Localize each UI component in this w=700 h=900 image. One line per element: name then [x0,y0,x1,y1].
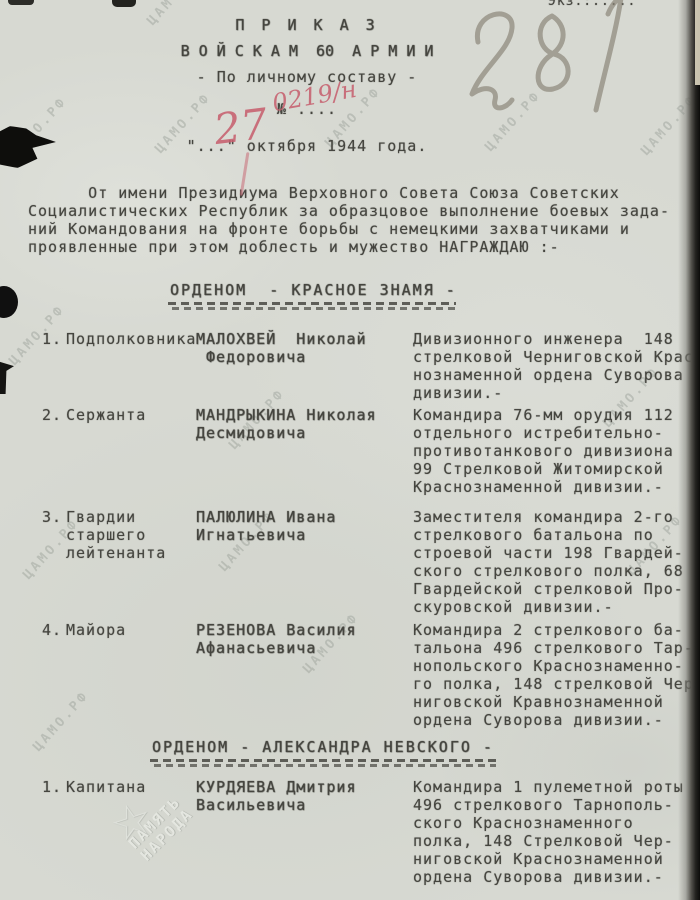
entry-rank: Майора [66,621,126,639]
entry-description: Командира 1 пулеметной роты 496 стрелков… [413,778,684,886]
entry-description: Дивизионного инженера 148 стрелковой Чер… [413,330,700,402]
entry-number: 1. [42,330,62,348]
ink-blot [0,286,18,318]
dashed-underline [168,302,456,310]
document-page: ЦАМО.РФЦАМО.РФЦАМО.РФЦАМО.РФЦАМО.РФЦАМО.… [0,0,700,900]
section-header-alexander-nevsky: ОРДЕНОМ - АЛЕКСАНДРА НЕВСКОГО - [152,738,494,756]
entry-rank: Капитана [66,778,146,796]
entry-name: МАНДРЫКИНА Николая Десмидовича [196,406,377,442]
entry-rank: Подполковника [66,330,196,348]
entry-name: РЕЗЕНОВА Василия Афанасьевича [196,621,357,657]
scan-edge-shadow [678,0,700,900]
entry-number: 1. [42,778,62,796]
section-header-red-banner: ОРДЕНОМ - КРАСНОЕ ЗНАМЯ - [170,281,457,299]
entry-name: МАЛОХВЕЙ Николай Федоровича [196,330,367,366]
entry-rank: Гвардии старшего лейтенанта [66,508,166,562]
watermark-tsamo: ЦАМО.РФ [30,688,92,754]
scan-edge-highlight [695,0,700,85]
entry-number: 2. [42,406,62,424]
edge-mark [112,0,136,7]
entry-rank: Сержанта [66,406,146,424]
ink-blot [0,360,14,394]
intro-paragraph: От имени Президиума Верховного Совета Со… [28,184,670,256]
entry-description: Командира 76-мм орудия 112 отдельного ис… [413,406,674,496]
dashed-underline [150,759,496,767]
entry-number: 3. [42,508,62,526]
entry-description: Командира 2 стрелкового ба- тальона 496 … [413,621,700,729]
entry-number: 4. [42,621,62,639]
entry-name: ПАЛЮЛИНА Ивана Игнатьевича [196,508,336,544]
entry-description: Заместителя командира 2-го стрелкового б… [413,508,684,616]
edge-mark [8,0,34,5]
handwritten-day: 27 [211,99,270,154]
handwritten-page-number [448,0,648,122]
entry-name: КУРДЯЕВА Дмитрия Васильевича [196,778,357,814]
order-date-line: "..." октября 1944 года. [0,137,614,155]
